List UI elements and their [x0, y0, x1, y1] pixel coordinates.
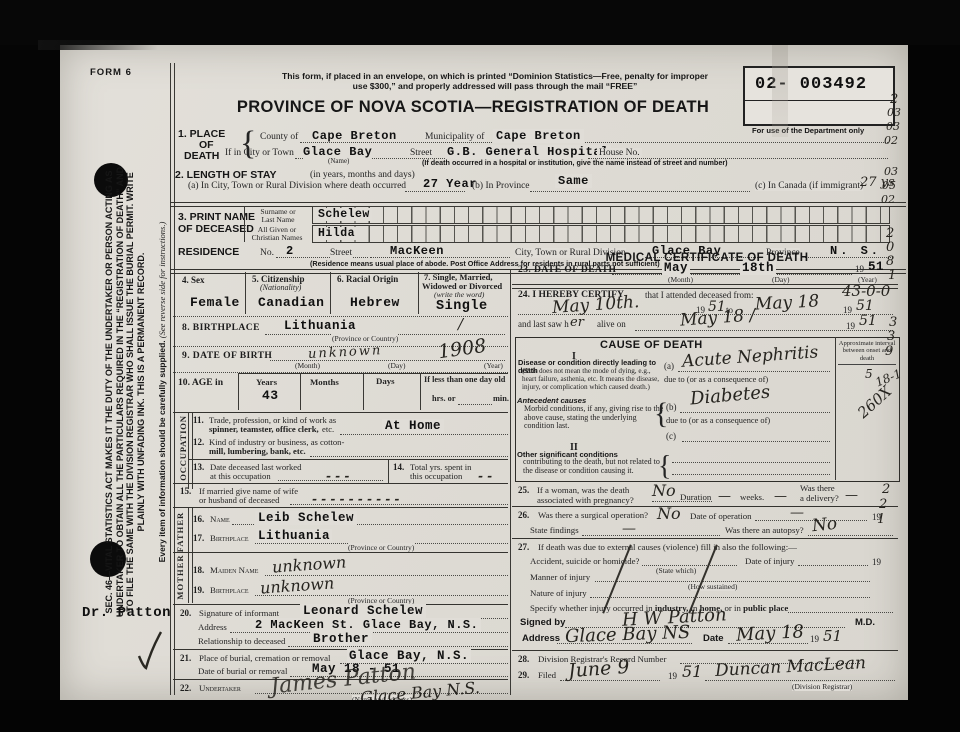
dotted-line: [620, 141, 888, 143]
dotted-line: [612, 273, 852, 275]
scan-border-bottom: [0, 700, 960, 732]
informant-relationship-value: Brother: [310, 632, 372, 646]
duration-value: —: [718, 489, 731, 504]
s2a-value: 27 Year: [423, 177, 477, 191]
sex-value: Female: [190, 295, 240, 310]
margin-annotation-dr-patton: Dr. Patton: [82, 605, 171, 621]
margin-code: 02: [884, 134, 898, 147]
age-hrs-label: hrs. or: [432, 394, 456, 403]
informant-signature-value: Leonard Schelew: [300, 604, 426, 618]
s17-label: Birthplace: [210, 533, 249, 543]
s15-label2: or husband of deceased: [199, 495, 279, 505]
age-days-label: Days: [376, 376, 395, 386]
s24-saw-year-prefix: 19: [846, 321, 855, 331]
city-sub-label: (Name): [328, 157, 349, 165]
separator-line: [512, 506, 898, 507]
document-title: PROVINCE OF NOVA SCOTIA—REGISTRATION OF …: [193, 98, 753, 117]
margin-code: 5: [865, 367, 873, 381]
s12-label2: mill, lumbering, bank, etc.: [209, 446, 306, 456]
s14-label2: this occupation: [410, 471, 462, 481]
nature-label: Nature of injury: [530, 588, 587, 598]
registrar-label: (Division Registrar): [792, 682, 852, 691]
father-name-value: Leib Schelew: [255, 511, 357, 525]
age-years-label: Years: [256, 377, 277, 387]
s14-no: 14.: [393, 462, 404, 472]
last-saw-value: May 18 /: [679, 305, 756, 330]
scan-border-top: [0, 0, 960, 45]
cell-line: [238, 373, 239, 410]
s29-year-prefix: 19: [668, 671, 677, 681]
paper: FORM 6 SEC. 46—VITAL STATISTICS ACT MAKE…: [60, 45, 908, 700]
operation-date-label: Date of operation: [690, 511, 752, 521]
s12-no: 12.: [193, 437, 204, 447]
s13-label2: at this occupation: [210, 471, 271, 481]
s23-month-label: (Month): [668, 275, 693, 284]
column-divider: [510, 269, 511, 695]
s2b-label: (b) In Province: [472, 181, 530, 191]
findings-value: —: [622, 521, 636, 537]
dotted-line: [808, 534, 893, 536]
given-label-2: Christian Names: [252, 233, 303, 242]
s15-value: - - - - - - - - - -: [312, 492, 399, 506]
separator-line: [173, 412, 508, 413]
s9-month-label: (Month): [295, 361, 320, 370]
dotted-line: [652, 500, 712, 502]
margin-code: 2: [879, 497, 887, 512]
margin-code: 8: [886, 254, 894, 269]
stamp-inner-line: [745, 100, 893, 101]
dotted-line: [370, 256, 510, 258]
cause-a-label: (a): [664, 361, 674, 371]
manner-label: Manner of injury: [530, 572, 590, 582]
s9-year-label: (Year): [484, 361, 503, 370]
margin-code: 02: [881, 193, 895, 206]
scanned-death-registration: FORM 6 SEC. 46—VITAL STATISTICS ACT MAKE…: [0, 0, 960, 732]
age-less-label: If less than one day old: [424, 375, 505, 384]
surname-value: Schelew: [316, 208, 372, 221]
mail-note-line1: This form, if placed in an envelope, on …: [282, 71, 708, 81]
s1-note: (If death occurred in a hospital or inst…: [422, 158, 728, 167]
s2b-value: Same: [555, 174, 592, 188]
s11-label3: etc.: [322, 424, 334, 434]
separator-line: [512, 650, 898, 651]
given-names-label: All Given or Christian Names: [244, 226, 310, 243]
s27-no: 27.: [518, 542, 529, 552]
father-birthplace-value: Lithuania: [256, 529, 332, 543]
mother-side-label: MOTHER: [175, 545, 185, 609]
s24-to-year-prefix: 19: [843, 305, 852, 315]
attended-to-year: 51: [856, 298, 874, 314]
s20-no: 20.: [180, 608, 191, 618]
dotted-line: [276, 256, 368, 258]
cause-title: CAUSE OF DEATH: [600, 339, 703, 351]
cell-line: [245, 272, 246, 314]
form-number: FORM 6: [90, 67, 132, 78]
margin-code: 03: [884, 165, 898, 178]
occupation-side-label: OCCUPATION: [178, 410, 188, 486]
reverse-side-note: (See reverse side for instructions.): [157, 222, 167, 339]
margin-code: 0: [886, 240, 894, 255]
occupation-value: At Home: [382, 419, 444, 433]
county-label: County of: [260, 132, 298, 142]
given-names-value: Hilda: [316, 227, 357, 240]
margin-code: 05: [882, 179, 896, 192]
registration-number-box: 02- 003492: [743, 66, 895, 126]
mail-note: This form, if placed in an envelope, on …: [235, 71, 755, 91]
cell-line: [420, 373, 421, 410]
margin-code: 2: [882, 482, 890, 497]
margin-code: 3: [887, 329, 895, 344]
s8-sub: (Province or Country): [332, 334, 398, 343]
signed-date-value: May 18: [735, 621, 804, 646]
s23-day-label: (Day): [772, 275, 790, 284]
residence-street-label: Street: [330, 248, 352, 258]
signed-by-label: Signed by: [520, 617, 565, 628]
last-saw-year: 51: [859, 313, 877, 329]
s22-no: 22.: [180, 683, 191, 693]
side-label-divider: [188, 508, 193, 552]
age-years-value: 43: [262, 388, 279, 403]
street-label: Street: [408, 148, 434, 158]
direct-cause-note: (This does not mean the mode of dying, e…: [522, 368, 664, 391]
side-label-divider: [188, 413, 193, 489]
s3-number2: OF DECEASED: [178, 223, 254, 235]
autopsy-label: Was there an autopsy?: [725, 525, 804, 535]
s20-label: Signature of informant: [199, 608, 279, 618]
s6-label: 6. Racial Origin: [337, 274, 398, 284]
s20-relationship-label: Relationship to deceased: [198, 636, 285, 646]
marital-status-value: Single: [436, 299, 488, 314]
filed-year-value: 51: [682, 662, 702, 681]
residence-no-label: No.: [260, 248, 274, 258]
last-saw-label2: alive on: [597, 319, 626, 329]
city-label: If in City or Town: [225, 148, 294, 158]
signed-date-label: Date: [703, 633, 724, 644]
margin-supply-note: Every item of information should be care…: [157, 166, 171, 618]
cell-line: [388, 460, 389, 483]
given-names-grid: [312, 225, 890, 243]
margin-code: 1: [888, 268, 896, 283]
stamp-caption: For use of the Department only: [752, 126, 864, 135]
specify-public-place: public place: [743, 603, 788, 613]
delivery-value: —: [845, 488, 858, 503]
death-year-value: 51: [868, 260, 884, 274]
s14-value: - -: [478, 469, 492, 483]
mail-note-line2: use $300,” and properly addressed will p…: [353, 81, 638, 91]
last-saw-label1: and last saw h: [518, 319, 569, 329]
other-conditions-note: contributing to the death, but not relat…: [523, 458, 669, 475]
s2-sub: (in years, months and days): [310, 170, 415, 180]
weeks-value: —: [774, 489, 787, 504]
s13-value: - - -: [326, 469, 349, 483]
delivery-label1: Was there: [800, 483, 835, 493]
dotted-line: [672, 473, 830, 475]
dotted-line: [682, 440, 830, 442]
s2a-label: (a) In City, Town or Rural Division wher…: [188, 181, 406, 191]
s24-rest: that I attended deceased from:: [645, 290, 753, 300]
cause-brace2: {: [658, 451, 671, 483]
margin-code: 2: [886, 226, 894, 241]
s26-no: 26.: [518, 510, 529, 520]
scan-border-left: [0, 0, 60, 732]
last-saw-er: er: [570, 315, 584, 330]
dotted-line: [680, 411, 830, 413]
how-sustained-label: (How sustained): [688, 582, 737, 591]
s26-label: Was there a surgical operation?: [538, 510, 648, 520]
s10-label: 10. AGE in: [178, 377, 223, 388]
mother-maiden-name-value: unknown: [271, 552, 346, 576]
s22-label: Undertaker: [199, 683, 241, 693]
s29-no: 29.: [518, 670, 529, 680]
cell-line: [330, 272, 331, 314]
separator-line: [173, 507, 508, 508]
dotted-line: [678, 370, 830, 372]
s16-label: Name: [210, 514, 230, 524]
dotted-line: [798, 564, 868, 566]
dotted-line: [530, 190, 750, 192]
state-which-label: (State which): [656, 566, 696, 575]
dotted-line: [672, 461, 830, 463]
dotted-line: [788, 611, 893, 613]
signed-address-label: Address: [522, 633, 560, 644]
s17-no: 17.: [193, 533, 204, 543]
cell-line: [363, 373, 364, 410]
s18-no: 18.: [193, 565, 204, 575]
margin-divider-line: [170, 63, 175, 695]
dotted-line: [458, 403, 492, 405]
s8-label: 8. BIRTHPLACE: [182, 322, 260, 333]
s9-day-label: (Day): [388, 361, 406, 370]
s21-label: Place of burial, cremation or removal: [199, 653, 330, 663]
scan-border-right: [908, 0, 960, 732]
separator-line: [512, 538, 898, 539]
dotted-line: [340, 433, 508, 435]
interval-column-line: [835, 337, 836, 480]
s11-no: 11.: [193, 415, 204, 425]
death-day-value: 18th: [740, 261, 776, 275]
racial-origin-value: Hebrew: [350, 295, 400, 310]
informant-address-value: 2 MacKeen St. Glace Bay, N.S.: [252, 618, 481, 632]
stray-mark: /: [458, 315, 463, 333]
s19-label: Birthplace: [210, 585, 249, 595]
md-label: M.D.: [855, 617, 875, 628]
s15-no: 15.: [180, 486, 191, 496]
s27-label: If death was due to external causes (vio…: [538, 542, 797, 552]
s11-label2: spinner, teamster, office clerk,: [209, 424, 319, 434]
s13-no: 13.: [193, 462, 204, 472]
signed-year-value: 51: [823, 627, 842, 645]
residence-label: RESIDENCE: [178, 246, 239, 258]
s16-no: 16.: [193, 514, 204, 524]
death-month-value: May: [662, 261, 690, 275]
signed-address-value: Glace Bay NS: [565, 622, 691, 647]
s25-label2: associated with pregnancy?: [537, 495, 634, 505]
house-no-label: House No.: [597, 148, 642, 158]
checkmark-mark: [135, 630, 165, 672]
s17-sub: (Province or Country): [348, 543, 414, 552]
s28-no: 28.: [518, 654, 529, 664]
side-label-divider: [188, 553, 193, 603]
s2c-label: (c) In Canada (if immigrant): [755, 181, 863, 191]
operation-date-value: —: [790, 505, 804, 521]
s1-death: DEATH: [184, 150, 219, 162]
weeks-label: weeks.: [740, 492, 764, 502]
dotted-line: [590, 596, 870, 598]
s5-sub: (Nationality): [260, 283, 301, 292]
citizenship-value: Canadian: [258, 295, 324, 310]
birthplace-value: Lithuania: [282, 319, 358, 333]
s25-label1: If a woman, was the death: [537, 485, 629, 495]
antecedent-note: Morbid conditions, if any, giving rise t…: [524, 405, 666, 431]
cause-due2: due to (or as a consequence of): [666, 416, 770, 425]
operation-value: No: [657, 504, 681, 523]
surname-label-2: Last Name: [261, 215, 294, 224]
s9-label: 9. DATE OF BIRTH: [182, 350, 272, 361]
specify-3: or in: [725, 603, 741, 613]
s4-label: 4. Sex: [182, 275, 205, 285]
attended-to-value: May 18: [755, 291, 820, 314]
separator-line: [188, 459, 508, 460]
county-value: Cape Breton: [312, 129, 397, 143]
filed-date-value: June 9: [567, 656, 630, 682]
registrar-signature: Duncan MacLean: [715, 653, 867, 681]
s21-no: 21.: [180, 653, 191, 663]
scan-corner-shadow: [38, 40, 158, 50]
s23-label: 23. DATE OF DEATH: [518, 264, 616, 275]
s2-label: 2. LENGTH OF STAY: [175, 169, 277, 181]
s7-sub: (write the word): [434, 290, 484, 299]
margin-code: 03: [887, 106, 901, 119]
scan-smudge: [772, 45, 788, 137]
age-months-label: Months: [310, 377, 339, 387]
supply-note-bold: Every item of information should be care…: [157, 340, 167, 562]
surname-grid: [312, 206, 890, 224]
separator-line: [173, 483, 508, 484]
surname-label: Surname or Last Name: [246, 208, 310, 225]
cell-line: [418, 272, 419, 314]
margin-code: 9: [885, 344, 893, 359]
dotted-line: [310, 455, 508, 457]
age-min-label: min.: [493, 394, 509, 403]
dotted-line: [582, 534, 720, 536]
street-value: G.B. General Hospital: [445, 145, 611, 159]
margin-code: 2: [890, 92, 898, 107]
margin-code: 03: [886, 120, 900, 133]
s29-label: Filed: [538, 670, 556, 680]
s19-no: 19.: [193, 585, 204, 595]
s23-year-prefix: 19: [855, 264, 864, 274]
cause-c-label: (c): [666, 431, 676, 441]
separator-line: [512, 284, 898, 289]
municipality-value: Cape Breton: [493, 129, 584, 143]
s18-label: Maiden Name: [210, 565, 258, 575]
municipality-label: Municipality of: [423, 132, 486, 142]
delivery-label2: a delivery?: [800, 493, 839, 503]
pregnancy-value: No: [652, 481, 676, 500]
s20-address-label: Address: [198, 622, 227, 632]
cell-line: [300, 373, 301, 410]
s25-no: 25.: [518, 485, 529, 495]
margin-code: 3: [889, 315, 897, 330]
autopsy-value: No: [811, 514, 838, 537]
margin-code: 1: [877, 512, 885, 527]
medical-title: MEDICAL CERTIFICATE OF DEATH: [515, 252, 899, 264]
signed-year-prefix: 19: [810, 634, 819, 644]
cause-b-label: (b): [666, 402, 677, 412]
injury-date-label: Date of injury: [745, 556, 794, 566]
s27-injury-year: 19: [872, 557, 881, 567]
findings-label: State findings: [530, 525, 579, 535]
